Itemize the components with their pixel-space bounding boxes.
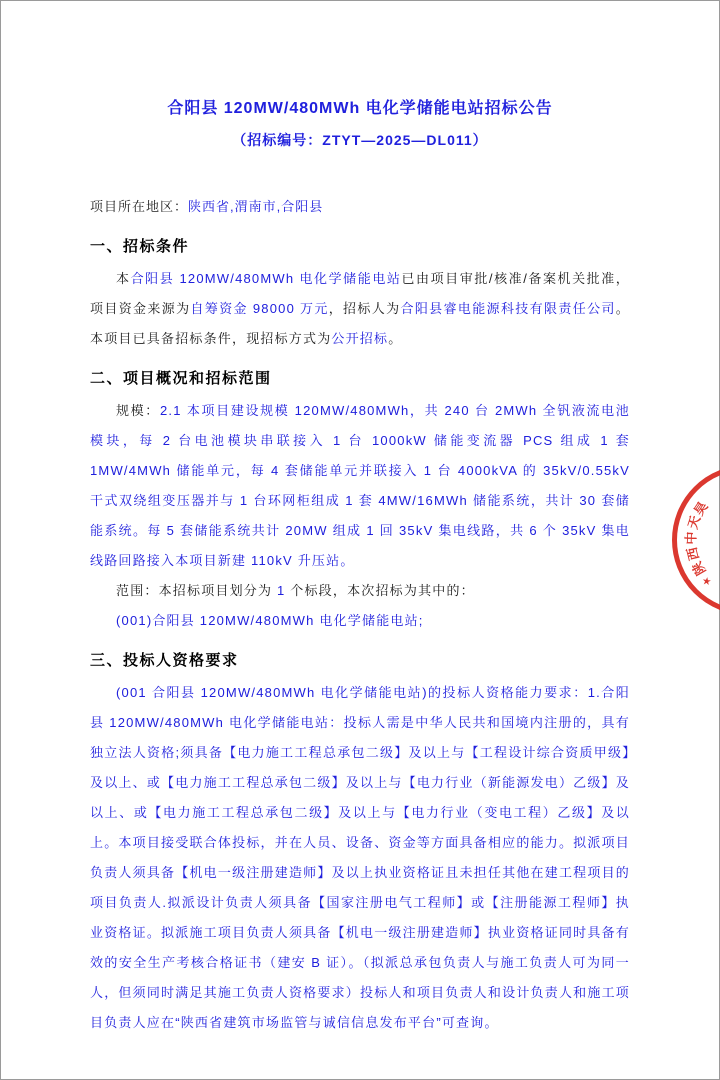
location-value: 陕西省,渭南市,合阳县 — [188, 199, 323, 214]
text-run: 合阳县睿电能源科技有限责任公司 — [400, 301, 615, 316]
section-2-heading: 二、项目概况和招标范围 — [90, 367, 630, 388]
text-run: 本 — [116, 271, 131, 286]
text-run: (001)合阳县 120MW/480MWh 电化学储能电站; — [116, 613, 424, 628]
text-run: 合阳县 120MW/480MWh 电化学储能电站 — [131, 271, 402, 286]
seal-character: ★ — [701, 574, 714, 588]
text-run: 个标段，本次招标为其中的： — [285, 583, 474, 598]
tender-conditions-paragraph: 本合阳县 120MW/480MWh 电化学储能电站已由项目审批/核准/备案机关批… — [90, 264, 630, 354]
text-run: 公开招标 — [331, 331, 388, 346]
text-run: (001 合阳县 120MW/480MWh 电化学储能电站)的投标人资格能力要求… — [90, 685, 630, 1030]
tender-number: （招标编号：ZTYT—2025—DL011） — [0, 130, 720, 150]
text-run: 自筹资金 98000 万元 — [190, 301, 328, 316]
text-run: 规模： — [116, 403, 160, 418]
document-title: 合阳县 120MW/480MWh 电化学储能电站招标公告 — [0, 0, 720, 118]
company-seal: ★陕西中天昊 — [672, 465, 720, 615]
section-1-heading: 一、招标条件 — [90, 235, 630, 256]
document-body: 项目所在地区：陕西省,渭南市,合阳县 一、招标条件 本合阳县 120MW/480… — [90, 192, 630, 1038]
seal-character: 中 — [680, 531, 699, 545]
tender-scope-line: 范围：本招标项目划分为 1 个标段，本次招标为其中的： — [90, 576, 630, 606]
location-label: 项目所在地区： — [90, 199, 188, 214]
text-run: 2.1 本项目建设规模 120MW/480MWh，共 240 台 2MWh 全钒… — [90, 403, 630, 568]
text-run: 范围：本招标项目划分为 — [116, 583, 277, 598]
project-location-line: 项目所在地区：陕西省,渭南市,合阳县 — [90, 192, 630, 222]
text-run: ，招标人为 — [329, 301, 401, 316]
text-run: 。 — [388, 331, 402, 346]
document-page: 合阳县 120MW/480MWh 电化学储能电站招标公告 （招标编号：ZTYT—… — [0, 0, 720, 1038]
section-3-heading: 三、投标人资格要求 — [90, 649, 630, 670]
lot-001-line: (001)合阳县 120MW/480MWh 电化学储能电站; — [90, 606, 630, 636]
bidder-qualification-paragraph: (001 合阳县 120MW/480MWh 电化学储能电站)的投标人资格能力要求… — [90, 678, 630, 1038]
project-scale-paragraph: 规模：2.1 本项目建设规模 120MW/480MWh，共 240 台 2MWh… — [90, 396, 630, 576]
